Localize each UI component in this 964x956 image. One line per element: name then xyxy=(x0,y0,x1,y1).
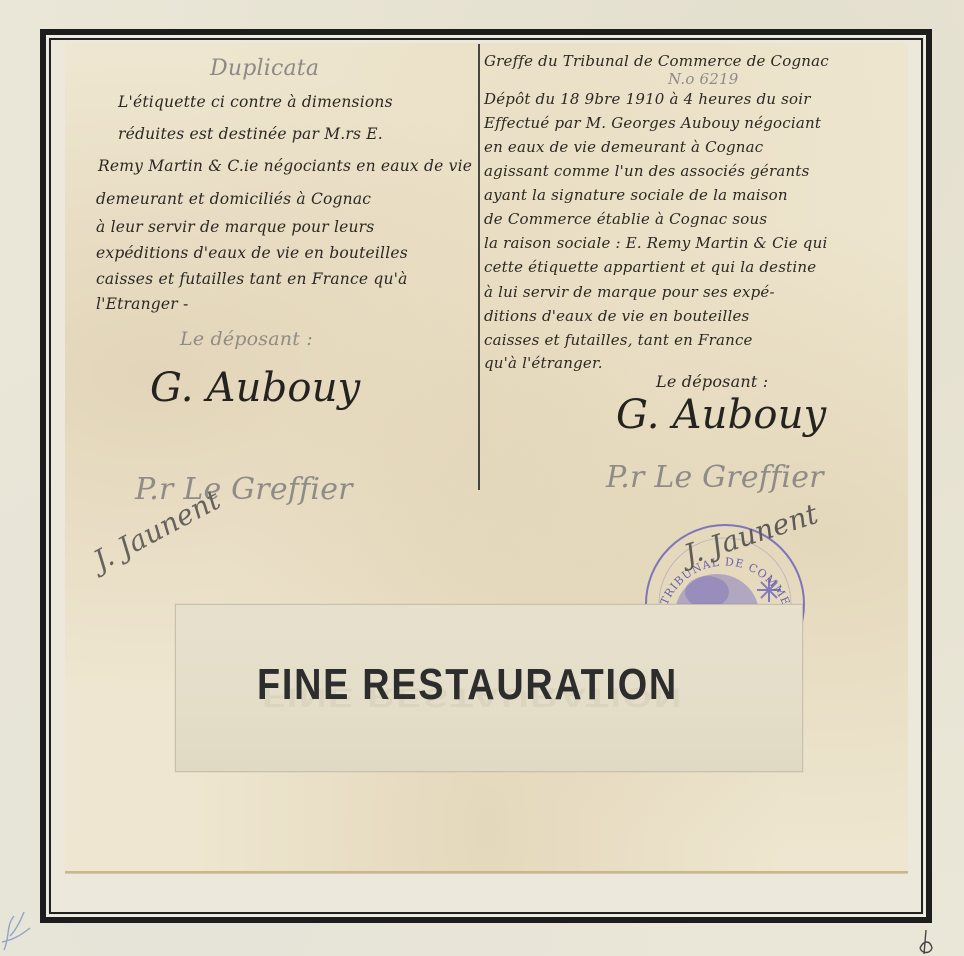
left-line-1: L'étiquette ci contre à dimensions xyxy=(118,93,393,111)
right-deposit-number: N.o 6219 xyxy=(668,70,739,88)
left-line-7: caisses et futailles tant en France qu'à xyxy=(96,270,408,288)
left-depositor-signature: G. Aubouy xyxy=(150,365,360,411)
left-depositor-label: Le déposant : xyxy=(180,328,313,350)
left-line-8: l'Etranger - xyxy=(96,295,188,313)
right-line-4: Effectué par M. Georges Aubouy négociant xyxy=(484,114,821,132)
right-line-8: de Commerce établie à Cognac sous xyxy=(484,210,767,228)
right-clerk-label: P.r Le Greffier xyxy=(606,460,824,495)
left-line-3: Remy Martin & C.ie négociants en eaux de… xyxy=(98,157,472,175)
margin-pencil-mark xyxy=(912,928,942,956)
left-line-2: réduites est destinée par M.rs E. xyxy=(118,125,383,143)
margin-blue-scribble xyxy=(0,906,40,956)
left-line-5: à leur servir de marque pour leurs xyxy=(96,218,374,236)
column-divider xyxy=(478,44,480,490)
right-line-5: en eaux de vie demeurant à Cognac xyxy=(484,138,763,156)
right-line-11: à lui servir de marque pour ses expé- xyxy=(484,283,775,301)
product-label-text: FINE RESTAURATION xyxy=(257,660,678,710)
left-clerk-label: P.r Le Greffier xyxy=(135,472,353,507)
right-line-7: ayant la signature sociale de la maison xyxy=(484,186,788,204)
duplicata-heading: Duplicata xyxy=(210,56,319,81)
right-line-10: cette étiquette appartient et qui la des… xyxy=(484,258,816,276)
right-line-1: Greffe du Tribunal de Commerce de Cognac xyxy=(484,52,829,70)
right-line-9: la raison sociale : E. Remy Martin & Cie… xyxy=(484,234,827,252)
left-line-4: demeurant et domiciliés à Cognac xyxy=(96,190,371,208)
right-line-12: ditions d'eaux de vie en bouteilles xyxy=(484,307,749,325)
right-line-3: Dépôt du 18 9bre 1910 à 4 heures du soir xyxy=(484,90,811,108)
right-depositor-label: Le déposant : xyxy=(656,372,768,391)
right-depositor-signature: G. Aubouy xyxy=(616,392,826,438)
right-line-13: caisses et futailles, tant en France xyxy=(484,331,753,349)
right-line-14: qu'à l'étranger. xyxy=(484,354,603,372)
right-line-6: agissant comme l'un des associés gérants xyxy=(484,162,810,180)
left-line-6: expéditions d'eaux de vie en bouteilles xyxy=(96,244,408,262)
